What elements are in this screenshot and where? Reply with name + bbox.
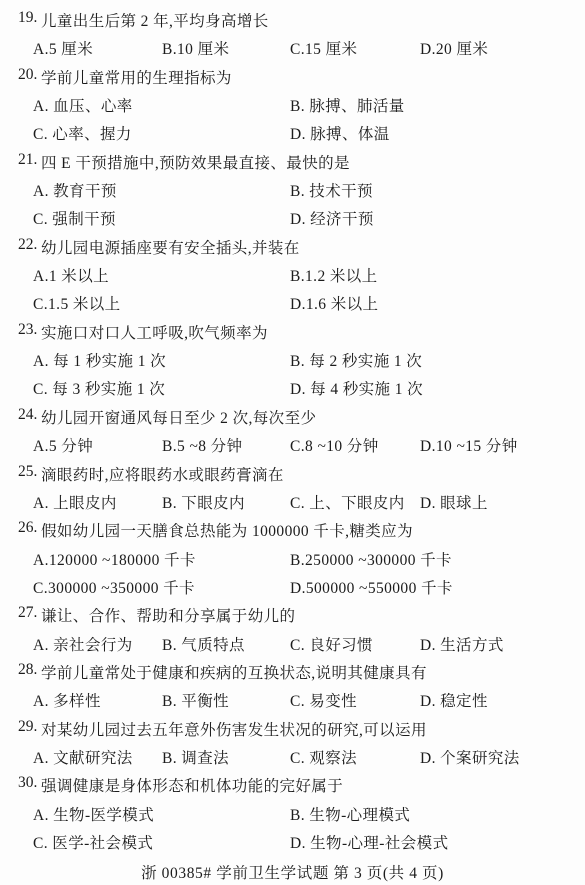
question-20-options-row-2: C. 心率、握力 D. 脉搏、体温: [0, 118, 585, 146]
question-number: 26.: [18, 519, 37, 537]
option-c: C.1.5 米以上: [33, 292, 121, 314]
option-a: A.1 米以上: [33, 264, 109, 286]
option-b: B.10 厘米: [162, 37, 229, 59]
option-d: D.20 厘米: [420, 37, 488, 59]
question-stem: 学前儿童常处于健康和疾病的互换状态,说明其健康具有: [41, 661, 427, 683]
option-a: A. 每 1 秒实施 1 次: [33, 349, 166, 371]
question-number: 22.: [18, 236, 37, 254]
question-24-options-row: A.5 分钟 B.5 ~8 分钟 C.8 ~10 分钟 D.10 ~15 分钟: [0, 430, 585, 458]
option-d: D. 脉搏、体温: [290, 122, 390, 144]
question-24-stem-row: 24. 幼儿园开窗通风每日至少 2 次,每次至少: [0, 402, 585, 430]
question-stem: 实施口对口人工呼吸,吹气频率为: [41, 321, 268, 343]
option-a: A. 血压、心率: [33, 94, 133, 116]
option-a: A.5 厘米: [33, 37, 93, 59]
question-stem: 幼儿园电源插座要有安全插头,并装在: [41, 236, 300, 258]
option-a: A.120000 ~180000 千卡: [33, 548, 196, 570]
question-stem: 四 E 干预措施中,预防效果最直接、最快的是: [41, 151, 350, 173]
option-b: B. 调查法: [162, 746, 229, 768]
option-c: C. 良好习惯: [290, 633, 373, 655]
question-30-stem-row: 30. 强调健康是身体形态和机体功能的完好属于: [0, 770, 585, 798]
option-b: B.1.2 米以上: [290, 264, 378, 286]
page-footer-row: 浙 00385# 学前卫生学试题 第 3 页(共 4 页): [0, 855, 585, 883]
question-26-options-row-2: C.300000 ~350000 千卡 D.500000 ~550000 千卡: [0, 572, 585, 600]
option-c: C. 强制干预: [33, 207, 116, 229]
question-28-options-row: A. 多样性 B. 平衡性 C. 易变性 D. 稳定性: [0, 685, 585, 713]
question-number: 21.: [18, 151, 37, 169]
question-number: 23.: [18, 321, 37, 339]
option-c: C. 心率、握力: [33, 122, 132, 144]
question-number: 20.: [18, 66, 37, 84]
question-22-options-row-2: C.1.5 米以上 D.1.6 米以上: [0, 288, 585, 316]
option-b: B. 下眼皮内: [162, 491, 245, 513]
question-number: 29.: [18, 718, 37, 736]
option-c: C. 每 3 秒实施 1 次: [33, 377, 165, 399]
option-b: B. 每 2 秒实施 1 次: [290, 349, 422, 371]
question-22-options-row-1: A.1 米以上 B.1.2 米以上: [0, 260, 585, 288]
question-25-options-row: A. 上眼皮内 B. 下眼皮内 C. 上、下眼皮内 D. 眼球上: [0, 487, 585, 515]
question-30-options-row-1: A. 生物-医学模式 B. 生物-心理模式: [0, 799, 585, 827]
option-b: B.250000 ~300000 千卡: [290, 548, 452, 570]
question-23-options-row-2: C. 每 3 秒实施 1 次 D. 每 4 秒实施 1 次: [0, 373, 585, 401]
option-d: D. 每 4 秒实施 1 次: [290, 377, 423, 399]
option-d: D. 稳定性: [420, 689, 488, 711]
option-c: C.8 ~10 分钟: [290, 434, 379, 456]
option-a: A. 上眼皮内: [33, 491, 117, 513]
page-footer: 浙 00385# 学前卫生学试题 第 3 页(共 4 页): [141, 861, 444, 883]
question-21-options-row-2: C. 强制干预 D. 经济干预: [0, 203, 585, 231]
question-stem: 假如幼儿园一天膳食总热能为 1000000 千卡,糖类应为: [41, 519, 413, 541]
option-b: B. 气质特点: [162, 633, 245, 655]
question-21-stem-row: 21. 四 E 干预措施中,预防效果最直接、最快的是: [0, 147, 585, 175]
option-c: C.300000 ~350000 千卡: [33, 576, 195, 598]
question-19-options-row: A.5 厘米 B.10 厘米 C.15 厘米 D.20 厘米: [0, 33, 585, 61]
question-stem: 幼儿园开窗通风每日至少 2 次,每次至少: [41, 406, 316, 428]
option-d: D. 眼球上: [420, 491, 488, 513]
option-d: D. 个案研究法: [420, 746, 520, 768]
question-20-options-row-1: A. 血压、心率 B. 脉搏、肺活量: [0, 90, 585, 118]
option-d: D. 生活方式: [420, 633, 504, 655]
option-c: C. 易变性: [290, 689, 357, 711]
option-a: A. 多样性: [33, 689, 101, 711]
option-d: D. 生物-心理-社会模式: [290, 831, 448, 853]
option-d: D. 经济干预: [290, 207, 374, 229]
question-29-options-row: A. 文献研究法 B. 调查法 C. 观察法 D. 个案研究法: [0, 742, 585, 770]
question-number: 24.: [18, 406, 37, 424]
question-number: 28.: [18, 661, 37, 679]
question-20-stem-row: 20. 学前儿童常用的生理指标为: [0, 62, 585, 90]
question-stem: 强调健康是身体形态和机体功能的完好属于: [41, 774, 343, 796]
question-stem: 谦让、合作、帮助和分享属于幼儿的: [41, 604, 295, 626]
question-23-options-row-1: A. 每 1 秒实施 1 次 B. 每 2 秒实施 1 次: [0, 345, 585, 373]
question-26-options-row-1: A.120000 ~180000 千卡 B.250000 ~300000 千卡: [0, 544, 585, 572]
question-22-stem-row: 22. 幼儿园电源插座要有安全插头,并装在: [0, 232, 585, 260]
option-a: A. 亲社会行为: [33, 633, 133, 655]
question-30-options-row-2: C. 医学-社会模式 D. 生物-心理-社会模式: [0, 827, 585, 855]
option-c: C. 医学-社会模式: [33, 831, 153, 853]
exam-page: 19. 儿童出生后第 2 年,平均身高增长 A.5 厘米 B.10 厘米 C.1…: [0, 0, 585, 885]
question-25-stem-row: 25. 滴眼药时,应将眼药水或眼药膏滴在: [0, 459, 585, 487]
option-c: C.15 厘米: [290, 37, 357, 59]
question-21-options-row-1: A. 教育干预 B. 技术干预: [0, 175, 585, 203]
option-b: B. 平衡性: [162, 689, 229, 711]
option-a: A. 文献研究法: [33, 746, 133, 768]
question-number: 25.: [18, 463, 37, 481]
question-stem: 儿童出生后第 2 年,平均身高增长: [41, 9, 269, 31]
question-28-stem-row: 28. 学前儿童常处于健康和疾病的互换状态,说明其健康具有: [0, 657, 585, 685]
question-number: 30.: [18, 774, 37, 792]
question-23-stem-row: 23. 实施口对口人工呼吸,吹气频率为: [0, 317, 585, 345]
option-a: A. 生物-医学模式: [33, 803, 154, 825]
question-stem: 对某幼儿园过去五年意外伤害发生状况的研究,可以运用: [41, 718, 427, 740]
option-b: B. 脉搏、肺活量: [290, 94, 405, 116]
option-b: B. 生物-心理模式: [290, 803, 410, 825]
question-27-stem-row: 27. 谦让、合作、帮助和分享属于幼儿的: [0, 600, 585, 628]
question-number: 27.: [18, 604, 37, 622]
question-stem: 学前儿童常用的生理指标为: [41, 66, 232, 88]
option-a: A. 教育干预: [33, 179, 117, 201]
option-c: C. 上、下眼皮内: [290, 491, 405, 513]
question-29-stem-row: 29. 对某幼儿园过去五年意外伤害发生状况的研究,可以运用: [0, 714, 585, 742]
option-d: D.1.6 米以上: [290, 292, 378, 314]
question-27-options-row: A. 亲社会行为 B. 气质特点 C. 良好习惯 D. 生活方式: [0, 629, 585, 657]
option-b: B.5 ~8 分钟: [162, 434, 242, 456]
option-c: C. 观察法: [290, 746, 357, 768]
option-b: B. 技术干预: [290, 179, 373, 201]
question-26-stem-row: 26. 假如幼儿园一天膳食总热能为 1000000 千卡,糖类应为: [0, 515, 585, 543]
option-a: A.5 分钟: [33, 434, 93, 456]
question-19-stem-row: 19. 儿童出生后第 2 年,平均身高增长: [0, 5, 585, 33]
question-number: 19.: [18, 9, 37, 27]
option-d: D.10 ~15 分钟: [420, 434, 518, 456]
option-d: D.500000 ~550000 千卡: [290, 576, 453, 598]
question-stem: 滴眼药时,应将眼药水或眼药膏滴在: [41, 463, 284, 485]
